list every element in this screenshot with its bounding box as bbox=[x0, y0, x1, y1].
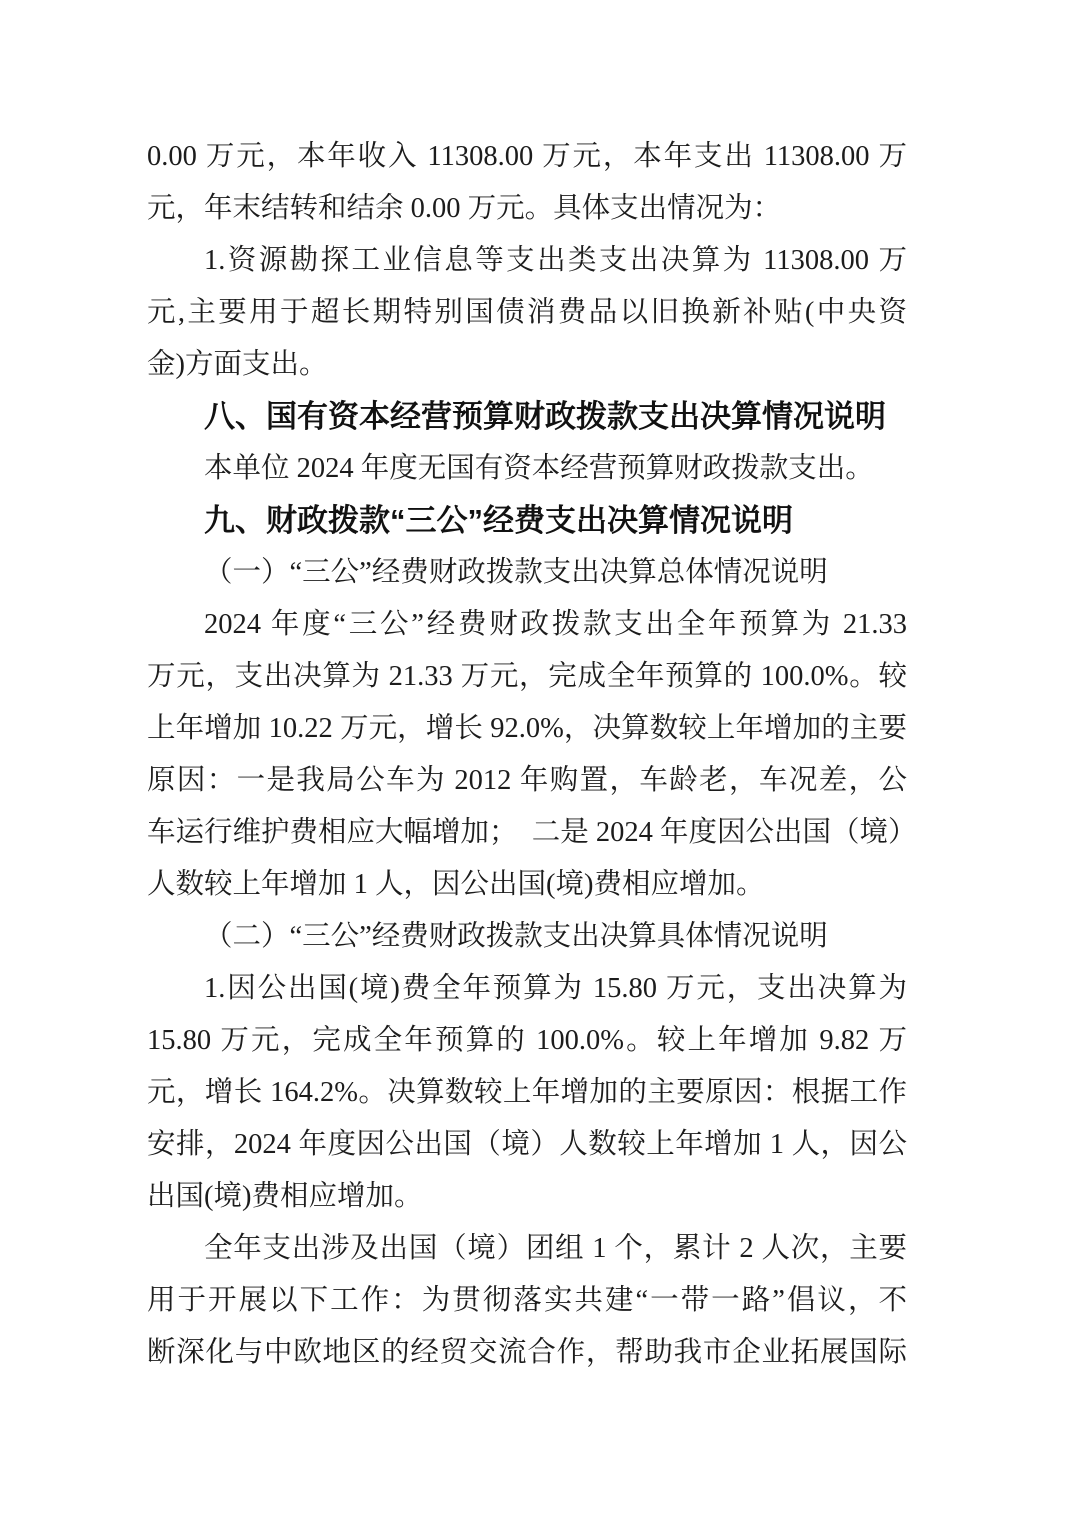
text-line: 2024 年度“三公”经费财政拨款支出全年预算为 21.33 bbox=[147, 599, 907, 651]
text-line: 1.资源勘探工业信息等支出类支出决算为 11308.00 万 bbox=[147, 235, 907, 287]
text-line: 万元，支出决算为 21.33 万元，完成全年预算的 100.0%。较 bbox=[147, 651, 907, 703]
text-line: 车运行维护费相应大幅增加； 二是 2024 年度因公出国（境） bbox=[147, 807, 907, 859]
text-line: 元,主要用于超长期特别国债消费品以旧换新补贴(中央资 bbox=[147, 287, 907, 339]
text-line: 人数较上年增加 1 人，因公出国(境)费相应增加。 bbox=[147, 859, 907, 911]
text-line: 断深化与中欧地区的经贸交流合作，帮助我市企业拓展国际 bbox=[147, 1327, 907, 1379]
text-line: 元，增长 164.2%。决算数较上年增加的主要原因：根据工作 bbox=[147, 1067, 907, 1119]
section-heading: 九、财政拨款“三公”经费支出决算情况说明 bbox=[147, 495, 907, 547]
text-line: 全年支出涉及出国（境）团组 1 个，累计 2 人次，主要 bbox=[147, 1223, 907, 1275]
text-line: 元，年末结转和结余 0.00 万元。具体支出情况为： bbox=[147, 183, 907, 235]
document-page: 0.00 万元，本年收入 11308.00 万元，本年支出 11308.00 万… bbox=[0, 0, 1074, 1520]
text-line: 15.80 万元，完成全年预算的 100.0%。较上年增加 9.82 万 bbox=[147, 1015, 907, 1067]
text-line: 用于开展以下工作：为贯彻落实共建“一带一路”倡议，不 bbox=[147, 1275, 907, 1327]
section-heading: 八、国有资本经营预算财政拨款支出决算情况说明 bbox=[147, 391, 907, 443]
text-line: 出国(境)费相应增加。 bbox=[147, 1171, 907, 1223]
subsection-heading: （一）“三公”经费财政拨款支出决算总体情况说明 bbox=[147, 547, 907, 599]
text-line: 原因：一是我局公车为 2012 年购置，车龄老，车况差，公 bbox=[147, 755, 907, 807]
text-line: 金)方面支出。 bbox=[147, 339, 907, 391]
text-line: 本单位 2024 年度无国有资本经营预算财政拨款支出。 bbox=[147, 443, 907, 495]
text-line: 1.因公出国(境)费全年预算为 15.80 万元，支出决算为 bbox=[147, 963, 907, 1015]
text-block: 0.00 万元，本年收入 11308.00 万元，本年支出 11308.00 万… bbox=[147, 131, 907, 1379]
subsection-heading: （二）“三公”经费财政拨款支出决算具体情况说明 bbox=[147, 911, 907, 963]
text-line: 0.00 万元，本年收入 11308.00 万元，本年支出 11308.00 万 bbox=[147, 131, 907, 183]
text-line: 安排，2024 年度因公出国（境）人数较上年增加 1 人，因公 bbox=[147, 1119, 907, 1171]
text-line: 上年增加 10.22 万元，增长 92.0%，决算数较上年增加的主要 bbox=[147, 703, 907, 755]
